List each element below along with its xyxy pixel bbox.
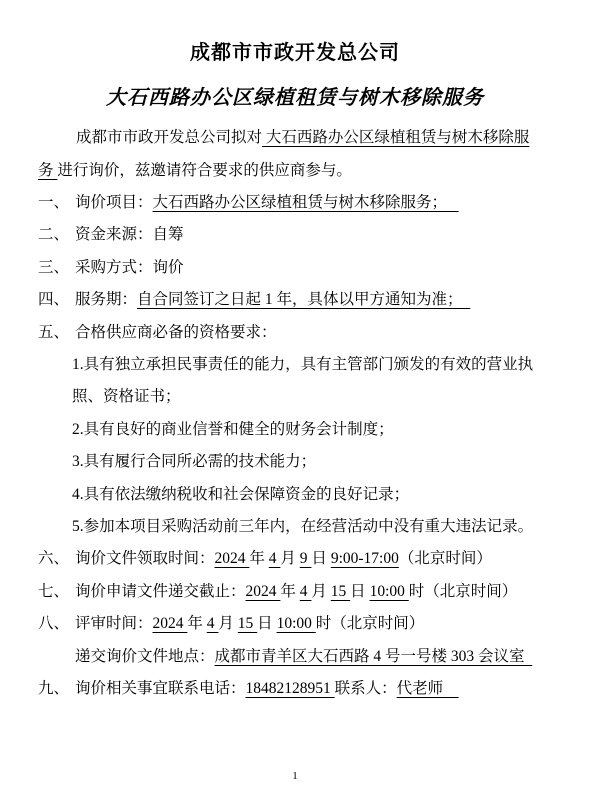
item6-text: 询价文件领取时间：2024 年 4 月 9 日 9:00-17:00（北京时间） [75, 543, 558, 575]
item1-number: 一、 [38, 187, 75, 219]
qualification-4: 4.具有依法缴纳税收和社会保障资金的良好记录； [72, 479, 538, 511]
qualification-1: 1.具有独立承担民事责任的能力，具有主管部门颁发的有效的营业执照、资格证书； [72, 349, 538, 414]
item7-year: 2024 [246, 583, 281, 600]
document-page: 成都市市政开发总公司 大石西路办公区绿植租赁与树木移除服务 成都市市政开发总公司… [0, 0, 590, 795]
item3-number: 三、 [38, 252, 75, 284]
item8-text: 评审时间：2024 年 4 月 15 日 10:00 时（北京时间） [75, 608, 558, 640]
item2-label: 资金来源： [75, 226, 153, 243]
intro-lead: 成都市市政开发总公司拟对 [76, 129, 262, 146]
item7-text: 询价申请文件递交截止：2024 年 4 月 15 日 10:00 时（北京时间） [75, 576, 558, 608]
inquiry-item-8: 八、评审时间：2024 年 4 月 15 日 10:00 时（北京时间） [38, 608, 558, 640]
item7-label: 询价申请文件递交截止： [75, 583, 246, 600]
item9-text: 询价相关事宜联系电话：18482128951 联系人：代老师 [75, 673, 558, 705]
item8-label: 评审时间： [75, 615, 153, 632]
item7-timezone: 时（北京时间） [409, 583, 518, 600]
item7-time: 10:00 [370, 583, 409, 600]
item8-number: 八、 [38, 608, 75, 640]
qualification-list: 1.具有独立承担民事责任的能力，具有主管部门颁发的有效的营业执照、资格证书； 2… [72, 349, 538, 543]
item7-day-unit: 日 [350, 583, 369, 600]
item6-year-unit: 年 [249, 550, 268, 567]
item6-day: 9 [300, 550, 312, 567]
item4-number: 四、 [38, 284, 75, 316]
item6-time: 9:00-17:00 [331, 550, 399, 567]
item8-month: 4 [207, 615, 219, 632]
intro-tail: 进行询价，兹邀请符合要求的供应商参与。 [57, 162, 352, 179]
item6-number: 六、 [38, 543, 75, 575]
item5-number: 五、 [38, 317, 75, 349]
item7-day: 15 [331, 583, 350, 600]
item1-value-underlined: 大石西路办公区绿植租赁与树木移除服务； [153, 194, 459, 211]
item5-text: 合格供应商必备的资格要求： [75, 317, 558, 349]
project-title: 大石西路办公区绿植租赁与树木移除服务 [0, 85, 590, 111]
item8-year-unit: 年 [187, 615, 206, 632]
item8-day: 15 [238, 615, 257, 632]
item7-year-unit: 年 [280, 583, 299, 600]
item7-number: 七、 [38, 576, 75, 608]
item7-month-unit: 月 [311, 583, 330, 600]
location-label: 递交询价文件地点： [75, 648, 215, 665]
item8-month-unit: 月 [218, 615, 237, 632]
qualification-5: 5.参加本项目采购活动前三年内，在经营活动中没有重大违法记录。 [72, 511, 538, 543]
item6-year: 2024 [215, 550, 250, 567]
item9-label: 询价相关事宜联系电话： [75, 680, 246, 697]
item8-timezone: 时（北京时间） [316, 615, 425, 632]
inquiry-item-7: 七、询价申请文件递交截止：2024 年 4 月 15 日 10:00 时（北京时… [38, 576, 558, 608]
company-title: 成都市市政开发总公司 [0, 0, 590, 66]
location-value-underlined: 成都市青羊区大石西路 4 号一号楼 303 会议室 [215, 648, 533, 665]
item8-day-unit: 日 [257, 615, 276, 632]
item8-time: 10:00 [277, 615, 316, 632]
document-body: 成都市市政开发总公司拟对 大石西路办公区绿植租赁与树木移除服务 进行询价，兹邀请… [0, 121, 590, 706]
item4-text: 服务期：自合同签订之日起 1 年，具体以甲方通知为准； [75, 284, 558, 316]
inquiry-item-5: 五、合格供应商必备的资格要求： [38, 317, 558, 349]
qualification-3: 3.具有履行合同所必需的技术能力； [72, 446, 538, 478]
item6-month: 4 [269, 550, 281, 567]
item9-contact-label: 联系人： [335, 680, 397, 697]
item5-label: 合格供应商必备的资格要求： [75, 324, 277, 341]
item6-day-unit: 日 [311, 550, 330, 567]
item1-label: 询价项目： [75, 194, 153, 211]
item2-text: 资金来源：自筹 [75, 219, 558, 251]
inquiry-item-2: 二、资金来源：自筹 [38, 219, 558, 251]
submission-location-line: 递交询价文件地点：成都市青羊区大石西路 4 号一号楼 303 会议室 [75, 641, 558, 673]
inquiry-item-6: 六、询价文件领取时间：2024 年 4 月 9 日 9:00-17:00（北京时… [38, 543, 558, 575]
inquiry-item-9: 九、询价相关事宜联系电话：18482128951 联系人：代老师 [38, 673, 558, 705]
item6-label: 询价文件领取时间： [75, 550, 215, 567]
item3-value: 询价 [153, 259, 184, 276]
item7-month: 4 [300, 583, 312, 600]
item4-label: 服务期： [75, 291, 137, 308]
item8-year: 2024 [153, 615, 188, 632]
inquiry-item-3: 三、采购方式：询价 [38, 252, 558, 284]
item9-contact-name-underlined: 代老师 [397, 680, 459, 697]
item3-text: 采购方式：询价 [75, 252, 558, 284]
inquiry-item-1: 一、询价项目：大石西路办公区绿植租赁与树木移除服务； [38, 187, 558, 219]
page-number: 1 [0, 770, 590, 782]
item9-number: 九、 [38, 673, 75, 705]
item1-text: 询价项目：大石西路办公区绿植租赁与树木移除服务； [75, 187, 558, 219]
intro-paragraph: 成都市市政开发总公司拟对 大石西路办公区绿植租赁与树木移除服务 进行询价，兹邀请… [38, 121, 558, 187]
item4-value-underlined: 自合同签订之日起 1 年，具体以甲方通知为准； [137, 291, 470, 308]
item2-number: 二、 [38, 219, 75, 251]
qualification-2: 2.具有良好的商业信誉和健全的财务会计制度； [72, 414, 538, 446]
item6-month-unit: 月 [280, 550, 299, 567]
item6-timezone: （北京时间） [399, 550, 492, 567]
item2-value: 自筹 [153, 226, 184, 243]
item9-phone-underlined: 18482128951 [246, 680, 335, 697]
item3-label: 采购方式： [75, 259, 153, 276]
inquiry-item-4: 四、服务期：自合同签订之日起 1 年，具体以甲方通知为准； [38, 284, 558, 316]
